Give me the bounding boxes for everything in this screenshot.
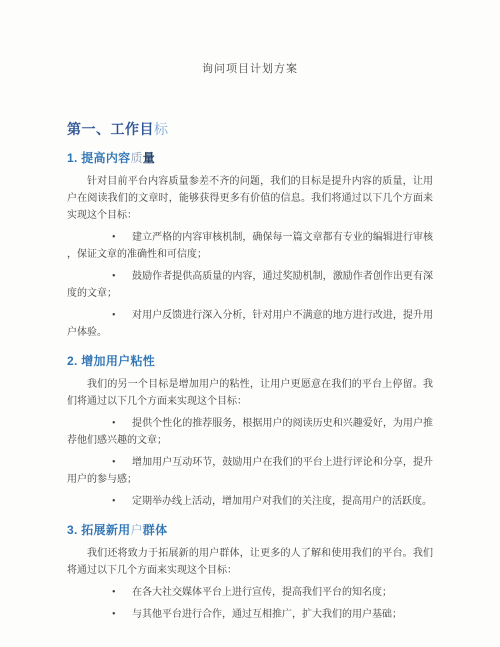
document-page: 询问项目计划方案 第一、工作目标 1. 提高内容质量针对目前平台内容质量参差不齐… [0, 0, 500, 647]
bullet-icon: • [112, 493, 132, 510]
bullet-item: •与其他平台进行合作，通过互相推广，扩大我们的用户基础； [67, 606, 433, 623]
section-intro-paragraph: 针对目前平台内容质量参差不齐的问题，我们的目标是提升内容的质量，让用户在阅读我们… [67, 173, 433, 224]
bullet-item: •增加用户互动环节，鼓励用户在我们的平台上进行评论和分享，提升用户的参与感； [67, 454, 433, 488]
bullet-text: 在各大社交媒体平台上进行宣传，提高我们平台的知名度； [132, 587, 392, 598]
heading-part: 户 [130, 523, 142, 537]
subsection-heading: 2. 增加用户粘性 [67, 354, 433, 369]
bullet-item: •鼓励作者提供高质量的内容，通过奖励机制，激励作者创作出更有深度的文章； [67, 268, 433, 302]
bullet-text: 定期举办线上活动，增加用户对我们的关注度，提高用户的活跃度。 [132, 496, 432, 507]
section-main-heading: 第一、工作目标 [67, 120, 433, 138]
bullet-item: •对用户反馈进行深入分析，针对用户不满意的地方进行改进，提升用户体验。 [67, 307, 433, 341]
bullet-icon: • [112, 584, 132, 601]
bullet-icon: • [112, 229, 132, 246]
heading-part: 2. 增加用户粘性 [67, 354, 155, 368]
bullet-icon: • [112, 606, 132, 623]
document-title: 询问项目计划方案 [67, 62, 433, 76]
bullet-icon: • [112, 307, 132, 324]
bullet-item: •在各大社交媒体平台上进行宣传，提高我们平台的知名度； [67, 584, 433, 601]
heading-part: 质 [130, 151, 142, 165]
section-intro-paragraph: 我们的另一个目标是增加用户的粘性，让用户更愿意在我们的平台上停留。我们将通过以下… [67, 376, 433, 410]
bullet-icon: • [112, 454, 132, 471]
heading-part: 标 [154, 121, 169, 137]
bullet-icon: • [112, 415, 132, 432]
heading-part: 群体 [143, 523, 168, 537]
document-body: 1. 提高内容质量针对目前平台内容质量参差不齐的问题，我们的目标是提升内容的质量… [67, 151, 433, 623]
bullet-icon: • [112, 268, 132, 285]
section-intro-paragraph: 我们还将致力于拓展新的用户群体，让更多的人了解和使用我们的平台。我们将通过以下几… [67, 545, 433, 579]
bullet-text: 与其他平台进行合作，通过互相推广，扩大我们的用户基础； [132, 609, 402, 620]
subsection-heading: 1. 提高内容质量 [67, 151, 433, 166]
heading-part: 3. 拓展新用 [67, 523, 130, 537]
bullet-item: •建立严格的内容审核机制，确保每一篇文章都有专业的编辑进行审核，保证文章的准确性… [67, 229, 433, 263]
heading-part: 第一、工作目 [67, 121, 154, 137]
bullet-item: •定期举办线上活动，增加用户对我们的关注度，提高用户的活跃度。 [67, 493, 433, 510]
heading-part: 1. 提高内容 [67, 151, 130, 165]
heading-part: 量 [143, 151, 155, 165]
subsection-heading: 3. 拓展新用户群体 [67, 523, 433, 538]
bullet-item: •提供个性化的推荐服务，根据用户的阅读历史和兴趣爱好，为用户推荐他们感兴趣的文章… [67, 415, 433, 449]
